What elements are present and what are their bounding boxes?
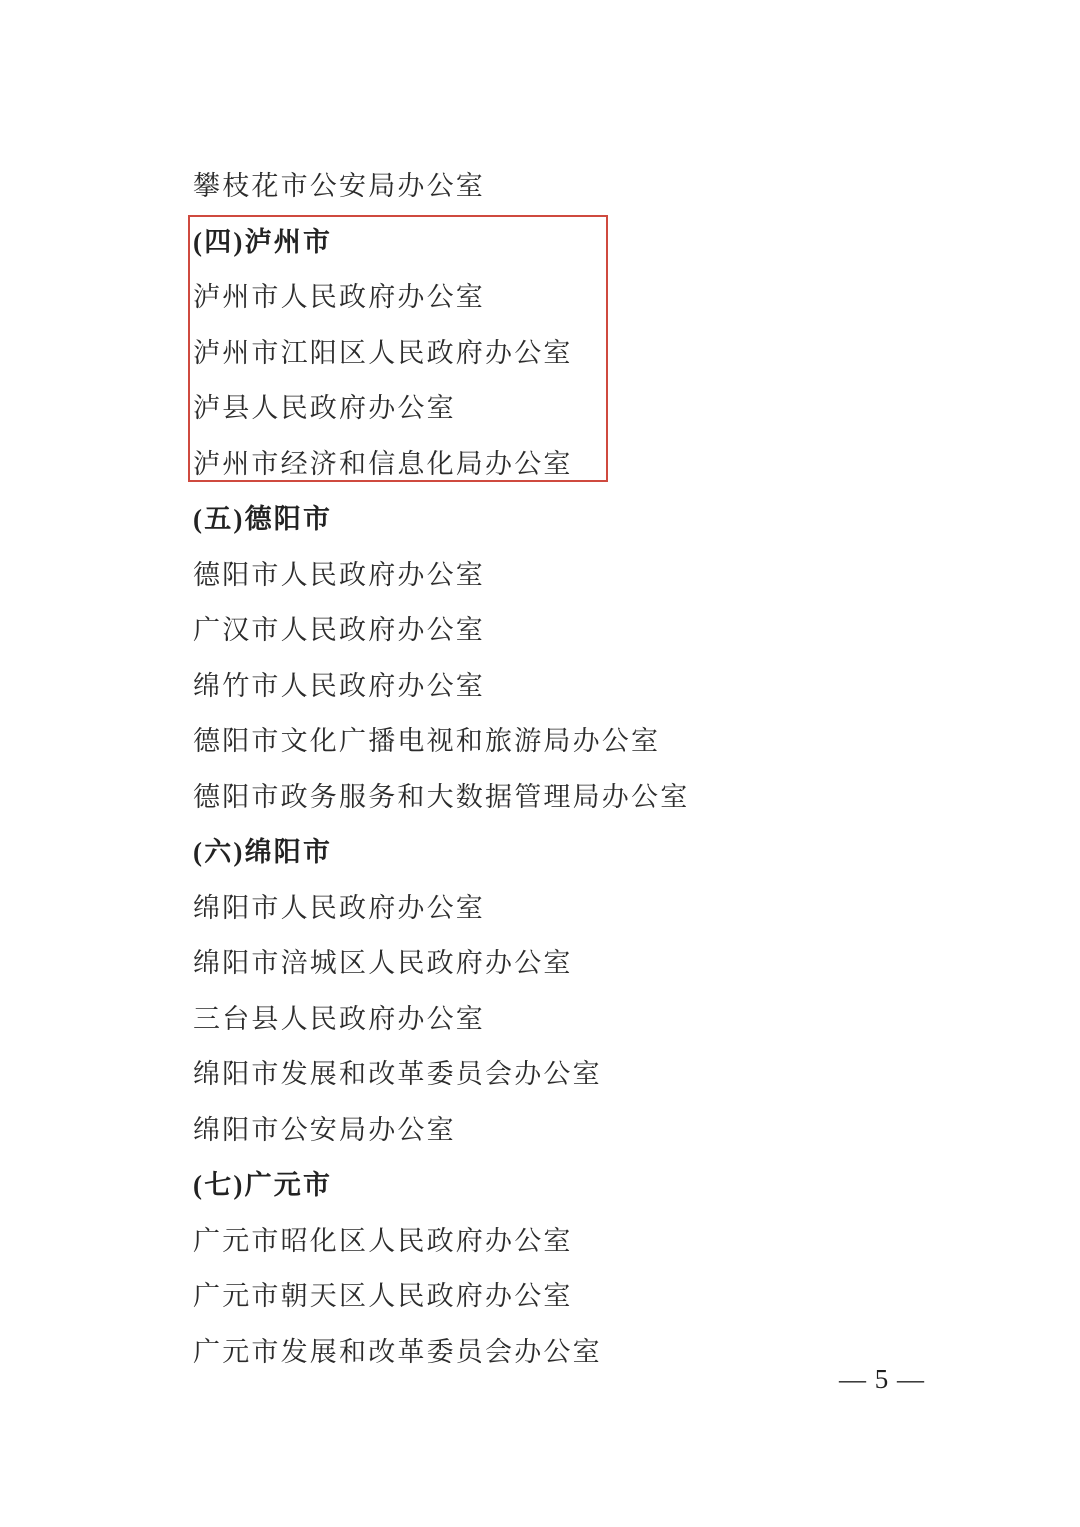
org-office-line: 德阳市政务服务和大数据管理局办公室 <box>193 767 953 823</box>
org-office-line: 德阳市人民政府办公室 <box>193 545 953 601</box>
org-office-line: 绵阳市发展和改革委员会办公室 <box>193 1044 953 1100</box>
org-office-line: 绵阳市涪城区人民政府办公室 <box>193 933 953 989</box>
section-heading: (五)德阳市 <box>193 489 953 545</box>
org-office-line: 绵竹市人民政府办公室 <box>193 656 953 712</box>
org-office-line: 泸县人民政府办公室 <box>193 378 953 434</box>
org-office-line: 泸州市江阳区人民政府办公室 <box>193 323 953 379</box>
section-heading: (六)绵阳市 <box>193 822 953 878</box>
page-number-text: — 5 — <box>839 1364 925 1395</box>
section-1: (四)泸州市泸州市人民政府办公室泸州市江阳区人民政府办公室泸县人民政府办公室泸州… <box>193 212 953 490</box>
org-office-line: 广元市昭化区人民政府办公室 <box>193 1211 953 1267</box>
org-office-line: 德阳市文化广播电视和旅游局办公室 <box>193 711 953 767</box>
section-heading: (七)广元市 <box>193 1155 953 1211</box>
org-office-line: 攀枝花市公安局办公室 <box>193 156 953 212</box>
org-office-line: 泸州市经济和信息化局办公室 <box>193 434 953 490</box>
document-content: 攀枝花市公安局办公室(四)泸州市泸州市人民政府办公室泸州市江阳区人民政府办公室泸… <box>193 156 953 1377</box>
page-number: — 5 — <box>812 1360 952 1398</box>
section-3: (六)绵阳市绵阳市人民政府办公室绵阳市涪城区人民政府办公室三台县人民政府办公室绵… <box>193 822 953 1155</box>
section-2: (五)德阳市德阳市人民政府办公室广汉市人民政府办公室绵竹市人民政府办公室德阳市文… <box>193 489 953 822</box>
org-office-line: 绵阳市人民政府办公室 <box>193 878 953 934</box>
section-heading: (四)泸州市 <box>193 212 953 268</box>
org-office-line: 泸州市人民政府办公室 <box>193 267 953 323</box>
org-office-line: 广汉市人民政府办公室 <box>193 600 953 656</box>
org-office-line: 绵阳市公安局办公室 <box>193 1100 953 1156</box>
org-office-line: 三台县人民政府办公室 <box>193 989 953 1045</box>
section-4: (七)广元市广元市昭化区人民政府办公室广元市朝天区人民政府办公室广元市发展和改革… <box>193 1155 953 1377</box>
document-page: 攀枝花市公安局办公室(四)泸州市泸州市人民政府办公室泸州市江阳区人民政府办公室泸… <box>0 0 1080 1527</box>
org-office-line: 广元市朝天区人民政府办公室 <box>193 1266 953 1322</box>
